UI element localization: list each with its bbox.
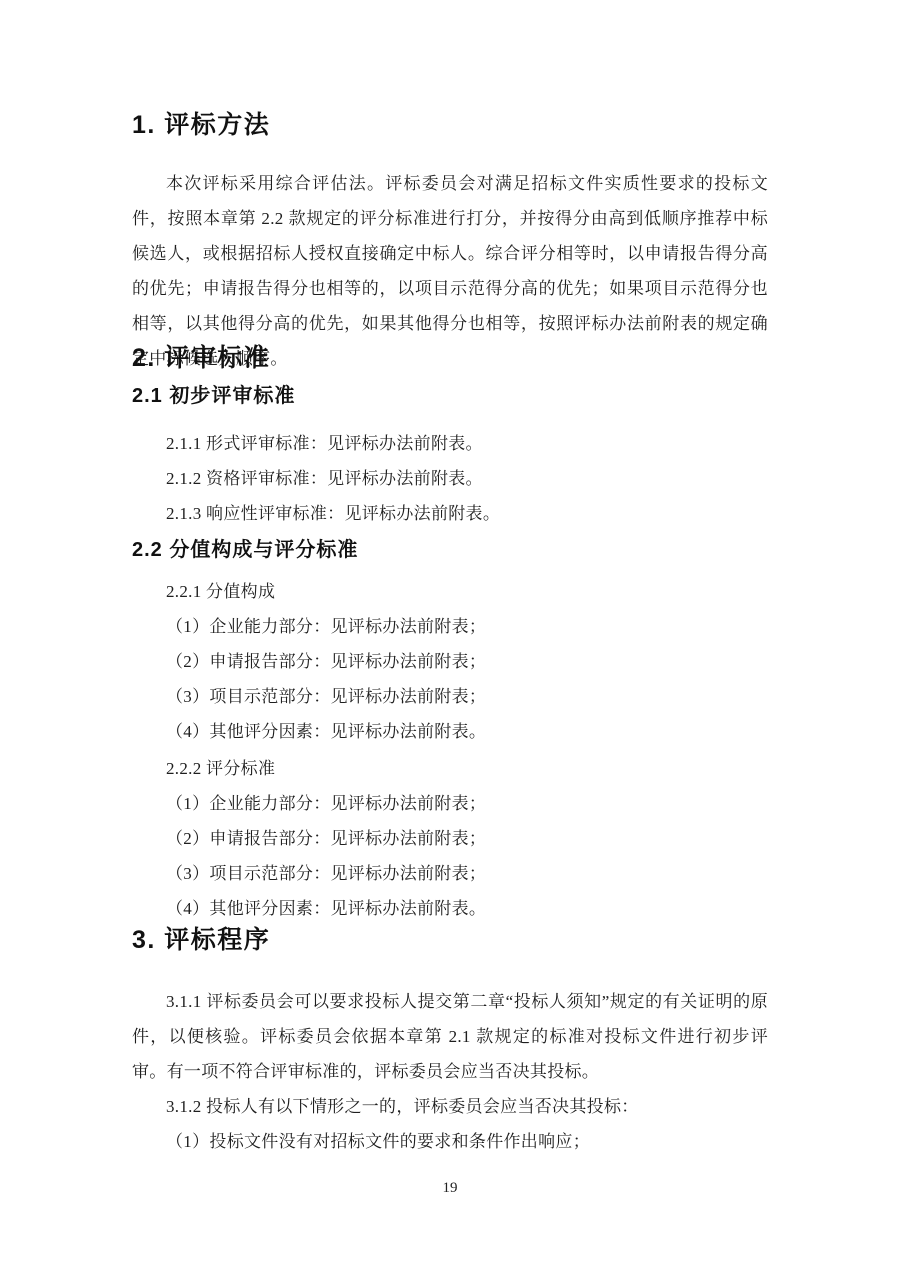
clause-2-2-1-item-4: （4）其他评分因素：见评标办法前附表。 [132, 714, 768, 749]
section-3-heading: 3. 评标程序 [132, 925, 768, 955]
clause-2-2-1-item-2: （2）申请报告部分：见评标办法前附表； [132, 644, 768, 679]
document-page: 1. 评标方法 本次评标采用综合评估法。评标委员会对满足招标文件实质性要求的投标… [0, 0, 900, 1272]
clause-2-2-1-heading: 2.2.1 分值构成 [132, 574, 768, 609]
paragraph-3-1-1: 3.1.1 评标委员会可以要求投标人提交第二章“投标人须知”规定的有关证明的原件… [132, 984, 768, 1089]
clause-2-2-1-item-3: （3）项目示范部分：见评标办法前附表； [132, 679, 768, 714]
section-2-heading: 2. 评审标准 [132, 343, 768, 373]
clause-2-2-1-item-1: （1）企业能力部分：见评标办法前附表； [132, 609, 768, 644]
page-number: 19 [0, 1178, 900, 1198]
section-1-heading: 1. 评标方法 [132, 110, 768, 140]
clause-2-2-2-item-1: （1）企业能力部分：见评标办法前附表； [132, 786, 768, 821]
clause-2-1-3: 2.1.3 响应性评审标准：见评标办法前附表。 [132, 496, 768, 531]
clause-2-2-2-item-4: （4）其他评分因素：见评标办法前附表。 [132, 891, 768, 926]
clause-2-1-1: 2.1.1 形式评审标准：见评标办法前附表。 [132, 426, 768, 461]
subsection-2-2-heading: 2.2 分值构成与评分标准 [132, 537, 768, 563]
clause-2-1-2: 2.1.2 资格评审标准：见评标办法前附表。 [132, 461, 768, 496]
paragraph-3-1-2: 3.1.2 投标人有以下情形之一的，评标委员会应当否决其投标： [132, 1089, 768, 1124]
subsection-2-1-heading: 2.1 初步评审标准 [132, 383, 768, 409]
clause-2-2-2-heading: 2.2.2 评分标准 [132, 751, 768, 786]
clause-2-2-2-item-2: （2）申请报告部分：见评标办法前附表； [132, 821, 768, 856]
clause-2-2-2-item-3: （3）项目示范部分：见评标办法前附表； [132, 856, 768, 891]
clause-3-1-2-item-1: （1）投标文件没有对招标文件的要求和条件作出响应； [132, 1124, 768, 1159]
